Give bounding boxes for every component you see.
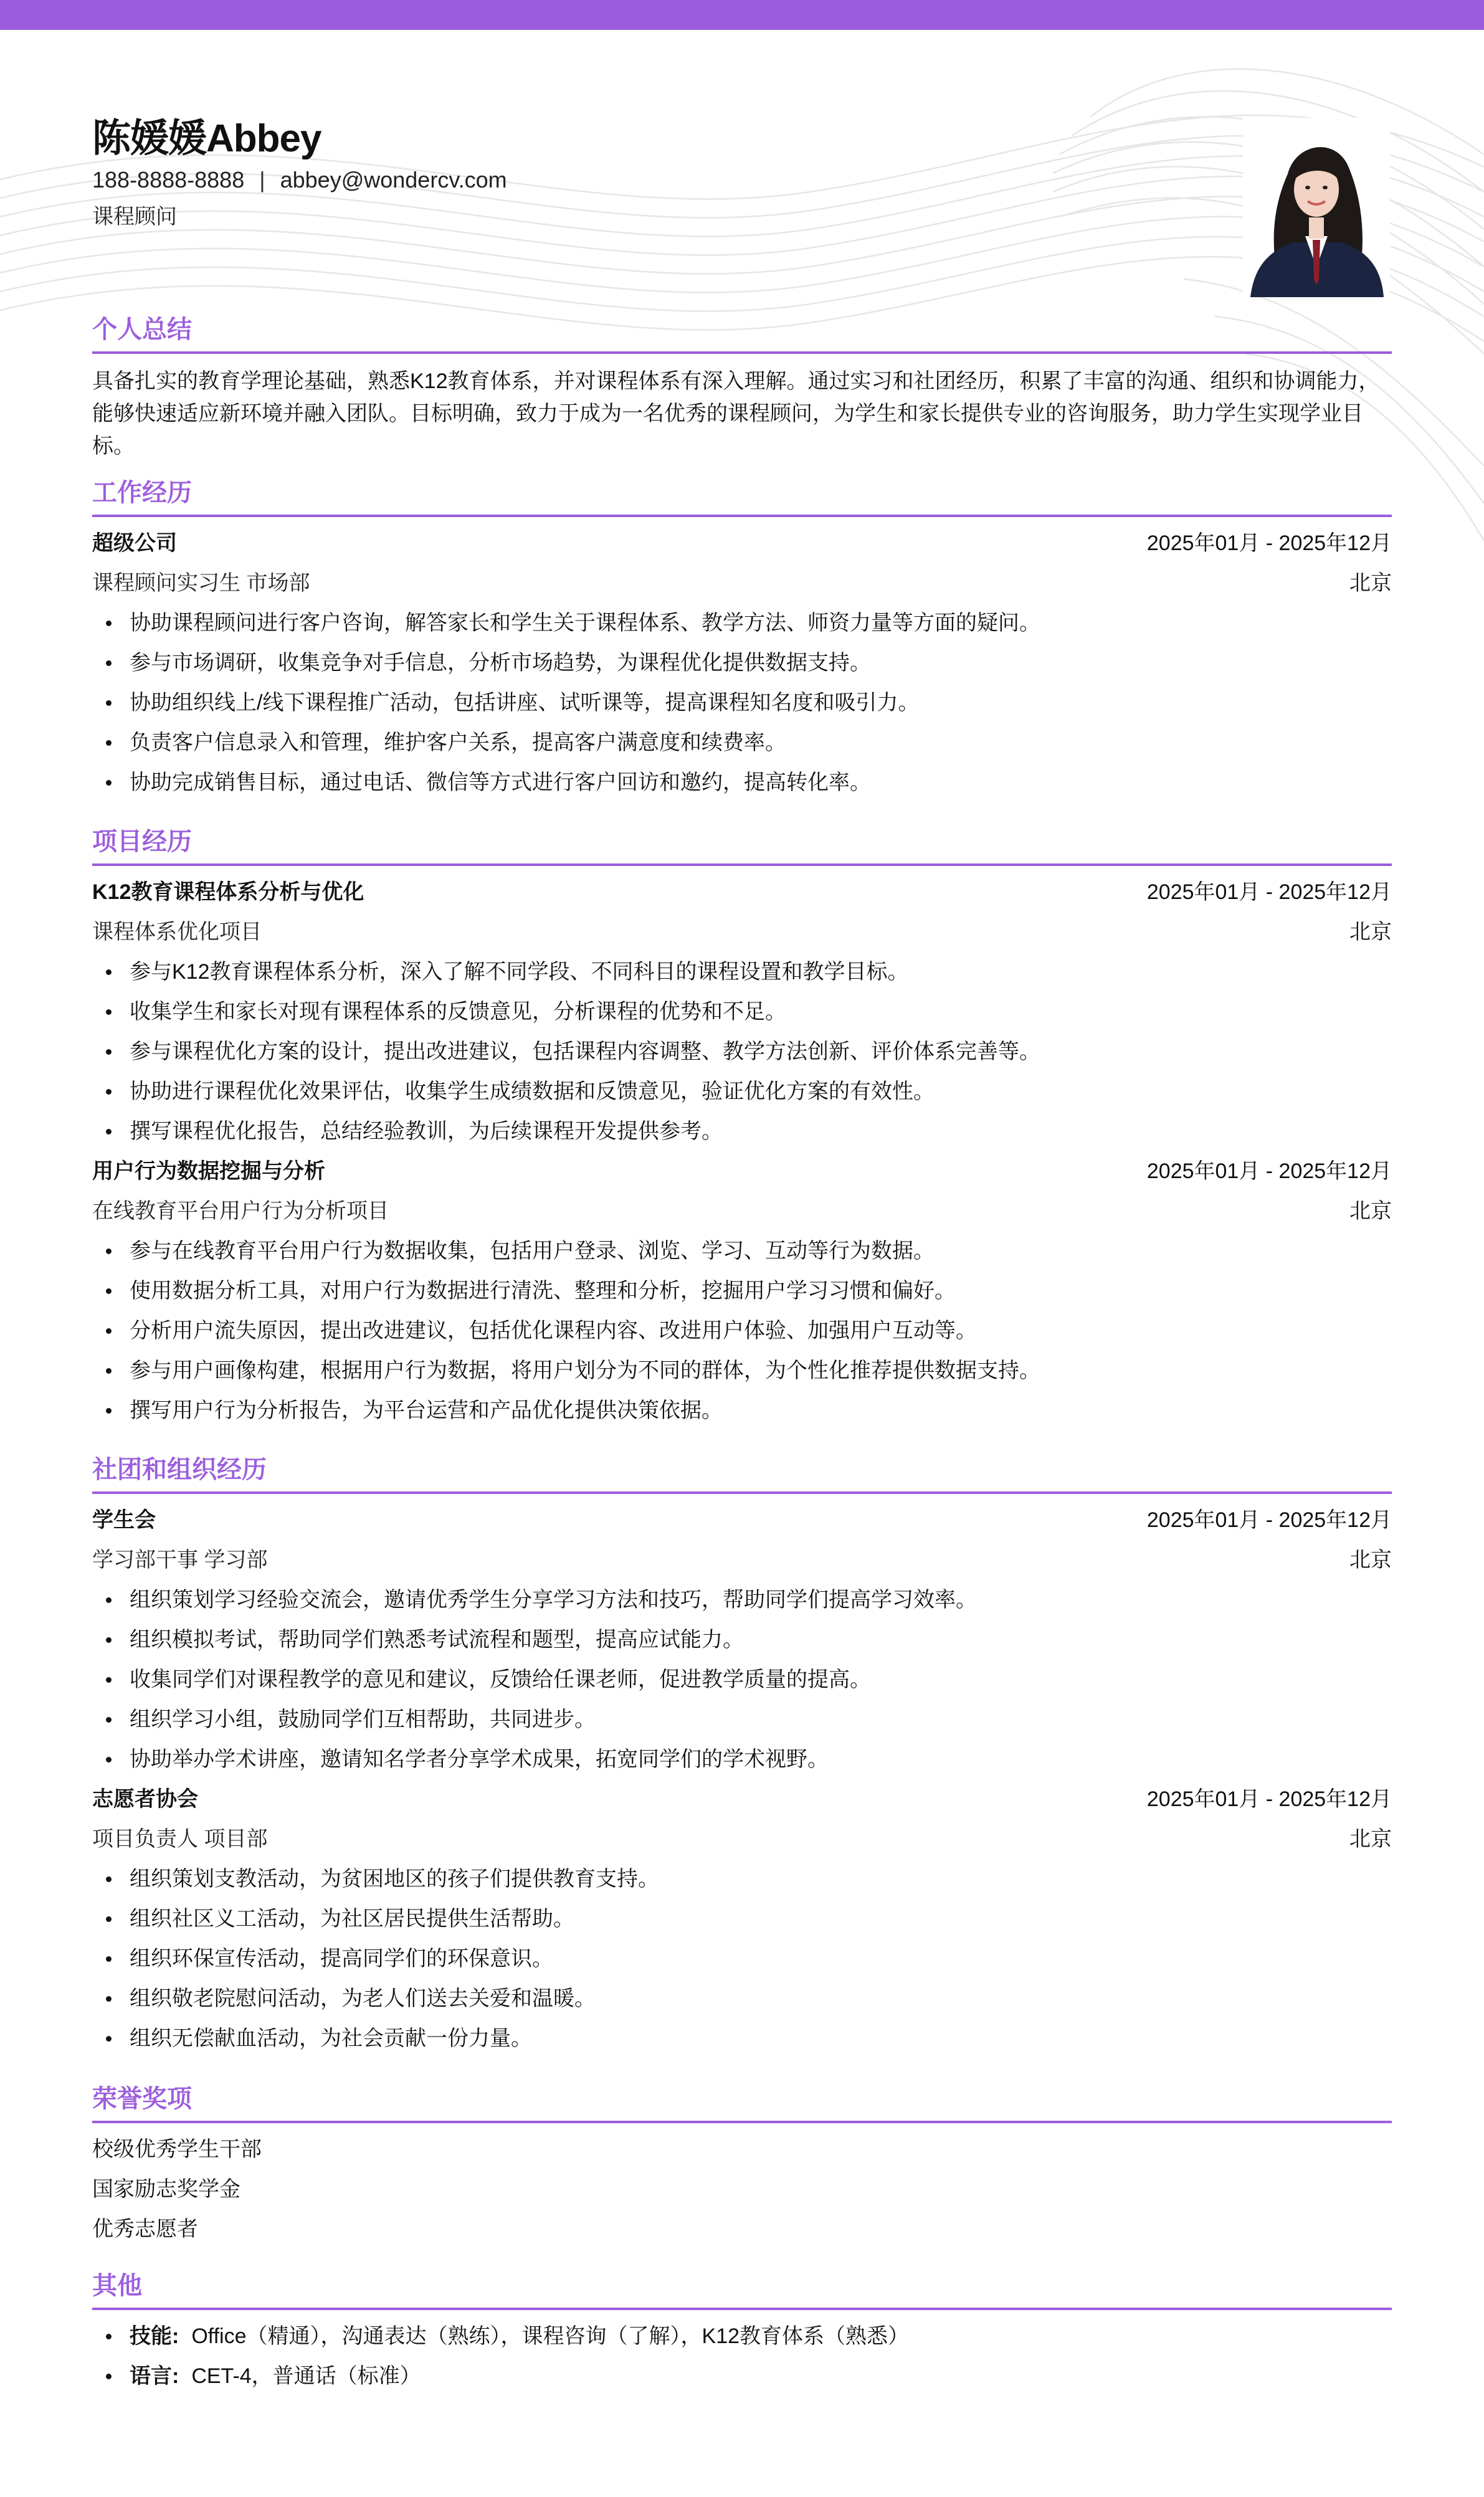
list-item: 协助组织线上/线下课程推广活动，包括讲座、试听课等，提高课程知名度和吸引力。 <box>92 683 1392 723</box>
top-accent-bar <box>0 0 1484 30</box>
bullet-list: 参与K12教育课程体系分析，深入了解不同学段、不同科目的课程设置和教学目标。 收… <box>92 952 1392 1151</box>
organization-name: 志愿者协会 <box>92 1779 198 1819</box>
bullet-list: 组织策划学习经验交流会，邀请优秀学生分享学习方法和技巧，帮助同学们提高学习效率。… <box>92 1580 1392 1779</box>
section-title-clubs: 社团和组织经历 <box>92 1452 1392 1488</box>
target-job-title: 课程顾问 <box>92 199 177 230</box>
list-item: 参与在线教育平台用户行为数据收集，包括用户登录、浏览、学习、互动等行为数据。 <box>92 1231 1392 1271</box>
role-department: 课程顾问实习生 市场部 <box>92 563 310 603</box>
bullet-list: 组织策划支教活动，为贫困地区的孩子们提供教育支持。 组织社区义工活动，为社区居民… <box>92 1859 1392 2058</box>
section-title-other: 其他 <box>92 2268 1392 2304</box>
candidate-name: 陈媛媛Abbey <box>92 107 321 163</box>
contact-line: 188-8888-8888 | abbey@wondercv.com <box>92 167 507 193</box>
list-item: 撰写课程优化报告，总结经验教训，为后续课程开发提供参考。 <box>92 1111 1392 1151</box>
languages-item: 语言:CET-4，普通话（标准） <box>92 2356 1392 2396</box>
list-item: 组织无偿献血活动，为社会贡献一份力量。 <box>92 2019 1392 2058</box>
project-role: 课程体系优化项目 <box>92 912 262 952</box>
location: 北京 <box>1349 912 1392 952</box>
date-range: 2025年01月 - 2025年12月 <box>1147 872 1392 912</box>
company-name: 超级公司 <box>92 523 177 563</box>
list-item: 组织模拟考试，帮助同学们熟悉考试流程和题型，提高应试能力。 <box>92 1620 1392 1660</box>
project-name: K12教育课程体系分析与优化 <box>92 872 364 912</box>
skills-item: 技能:Office（精通），沟通表达（熟练），课程咨询（了解），K12教育体系（… <box>92 2316 1392 2356</box>
location: 北京 <box>1349 1191 1392 1231</box>
organization-name: 学生会 <box>92 1500 156 1540</box>
list-item: 协助课程顾问进行客户咨询，解答家长和学生关于课程体系、教学方法、师资力量等方面的… <box>92 603 1392 643</box>
bullet-list: 参与在线教育平台用户行为数据收集，包括用户登录、浏览、学习、互动等行为数据。 使… <box>92 1231 1392 1430</box>
list-item: 收集同学们对课程教学的意见和建议，反馈给任课老师，促进教学质量的提高。 <box>92 1660 1392 1700</box>
contact-separator: | <box>259 167 265 193</box>
section-title-projects: 项目经历 <box>92 824 1392 860</box>
section-clubs: 社团和组织经历 学生会 2025年01月 - 2025年12月 学习部干事 学习… <box>92 1452 1392 2058</box>
skills-label: 技能: <box>130 2324 179 2348</box>
list-item: 组织敬老院慰问活动，为老人们送去关爱和温暖。 <box>92 1979 1392 2019</box>
work-entry: 超级公司 2025年01月 - 2025年12月 课程顾问实习生 市场部 北京 … <box>92 523 1392 802</box>
summary-paragraph: 具备扎实的教育学理论基础，熟悉K12教育体系，并对课程体系有深入理解。通过实习和… <box>92 365 1392 462</box>
list-item: 撰写用户行为分析报告，为平台运营和产品优化提供决策依据。 <box>92 1391 1392 1430</box>
club-entry: 学生会 2025年01月 - 2025年12月 学习部干事 学习部 北京 组织策… <box>92 1500 1392 1779</box>
phone-number: 188-8888-8888 <box>92 167 244 193</box>
list-item: 参与市场调研，收集竞争对手信息，分析市场趋势，为课程优化提供数据支持。 <box>92 643 1392 683</box>
portrait-image-icon <box>1243 118 1390 297</box>
list-item: 参与用户画像构建，根据用户行为数据，将用户划分为不同的群体，为个性化推荐提供数据… <box>92 1351 1392 1391</box>
project-name: 用户行为数据挖掘与分析 <box>92 1151 325 1191</box>
club-entry: 志愿者协会 2025年01月 - 2025年12月 项目负责人 项目部 北京 组… <box>92 1779 1392 2058</box>
list-item: 组织策划支教活动，为贫困地区的孩子们提供教育支持。 <box>92 1859 1392 1899</box>
section-projects: 项目经历 K12教育课程体系分析与优化 2025年01月 - 2025年12月 … <box>92 824 1392 1430</box>
list-item: 参与K12教育课程体系分析，深入了解不同学段、不同科目的课程设置和教学目标。 <box>92 952 1392 992</box>
list-item: 使用数据分析工具，对用户行为数据进行清洗、整理和分析，挖掘用户学习习惯和偏好。 <box>92 1271 1392 1311</box>
profile-photo <box>1243 118 1390 297</box>
location: 北京 <box>1349 563 1392 603</box>
list-item: 组织环保宣传活动，提高同学们的环保意识。 <box>92 1939 1392 1979</box>
location: 北京 <box>1349 1819 1392 1859</box>
role-department: 学习部干事 学习部 <box>92 1540 267 1580</box>
honor-item: 校级优秀学生干部 <box>92 2129 1392 2169</box>
section-divider <box>92 351 1392 354</box>
location: 北京 <box>1349 1540 1392 1580</box>
honor-item: 国家励志奖学金 <box>92 2169 1392 2209</box>
date-range: 2025年01月 - 2025年12月 <box>1147 1779 1392 1819</box>
project-entry: K12教育课程体系分析与优化 2025年01月 - 2025年12月 课程体系优… <box>92 872 1392 1151</box>
resume-header: 陈媛媛Abbey 188-8888-8888 | abbey@wondercv.… <box>92 100 1392 299</box>
list-item: 分析用户流失原因，提出改进建议，包括优化课程内容、改进用户体验、加强用户互动等。 <box>92 1311 1392 1351</box>
date-range: 2025年01月 - 2025年12月 <box>1147 523 1392 563</box>
section-other: 其他 技能:Office（精通），沟通表达（熟练），课程咨询（了解），K12教育… <box>92 2268 1392 2396</box>
bullet-list: 技能:Office（精通），沟通表达（熟练），课程咨询（了解），K12教育体系（… <box>92 2316 1392 2396</box>
section-summary: 个人总结 具备扎实的教育学理论基础，熟悉K12教育体系，并对课程体系有深入理解。… <box>92 312 1392 462</box>
bullet-list: 协助课程顾问进行客户咨询，解答家长和学生关于课程体系、教学方法、师资力量等方面的… <box>92 603 1392 802</box>
list-item: 协助完成销售目标，通过电话、微信等方式进行客户回访和邀约，提高转化率。 <box>92 763 1392 802</box>
section-title-honors: 荣誉奖项 <box>92 2081 1392 2117</box>
list-item: 协助进行课程优化效果评估，收集学生成绩数据和反馈意见，验证优化方案的有效性。 <box>92 1072 1392 1111</box>
languages-value: CET-4，普通话（标准） <box>191 2364 421 2388</box>
list-item: 负责客户信息录入和管理，维护客户关系，提高客户满意度和续费率。 <box>92 723 1392 763</box>
skills-value: Office（精通），沟通表达（熟练），课程咨询（了解），K12教育体系（熟悉） <box>191 2324 909 2348</box>
email-address: abbey@wondercv.com <box>280 167 507 193</box>
role-department: 项目负责人 项目部 <box>92 1819 267 1859</box>
section-work: 工作经历 超级公司 2025年01月 - 2025年12月 课程顾问实习生 市场… <box>92 475 1392 802</box>
section-title-work: 工作经历 <box>92 475 1392 511</box>
project-entry: 用户行为数据挖掘与分析 2025年01月 - 2025年12月 在线教育平台用户… <box>92 1151 1392 1430</box>
honor-item: 优秀志愿者 <box>92 2209 1392 2249</box>
date-range: 2025年01月 - 2025年12月 <box>1147 1151 1392 1191</box>
section-honors: 荣誉奖项 校级优秀学生干部 国家励志奖学金 优秀志愿者 <box>92 2081 1392 2249</box>
section-title-summary: 个人总结 <box>92 312 1392 348</box>
list-item: 协助举办学术讲座，邀请知名学者分享学术成果，拓宽同学们的学术视野。 <box>92 1739 1392 1779</box>
languages-label: 语言: <box>130 2364 179 2388</box>
list-item: 组织社区义工活动，为社区居民提供生活帮助。 <box>92 1899 1392 1939</box>
list-item: 参与课程优化方案的设计，提出改进建议，包括课程内容调整、教学方法创新、评价体系完… <box>92 1032 1392 1072</box>
list-item: 组织策划学习经验交流会，邀请优秀学生分享学习方法和技巧，帮助同学们提高学习效率。 <box>92 1580 1392 1620</box>
list-item: 收集学生和家长对现有课程体系的反馈意见，分析课程的优势和不足。 <box>92 992 1392 1032</box>
project-role: 在线教育平台用户行为分析项目 <box>92 1191 389 1231</box>
list-item: 组织学习小组，鼓励同学们互相帮助，共同进步。 <box>92 1700 1392 1739</box>
date-range: 2025年01月 - 2025年12月 <box>1147 1500 1392 1540</box>
